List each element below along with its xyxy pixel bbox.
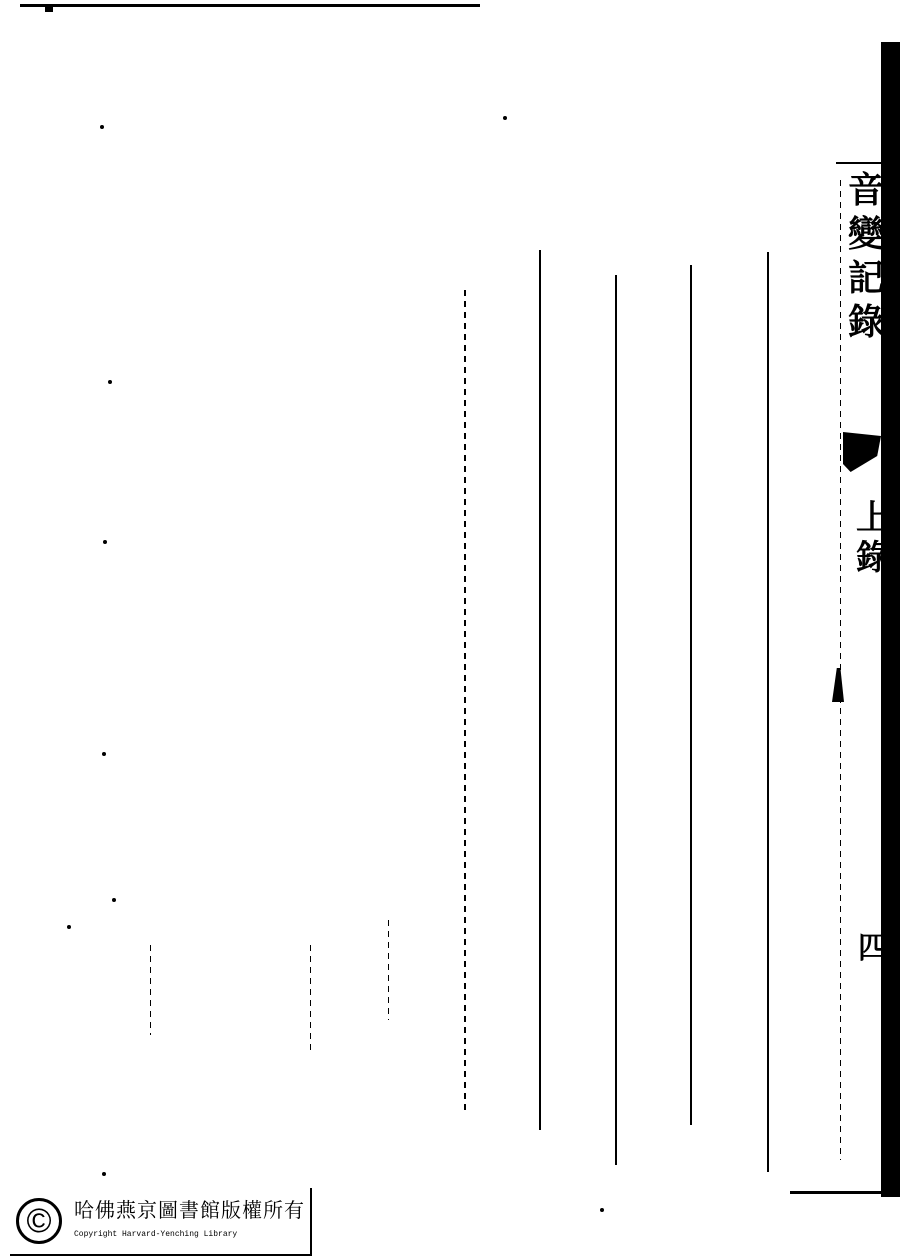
title-char: 記 (848, 256, 884, 300)
copyright-stamp: © 哈佛燕京圖書館版權所有 Copyright Harvard-Yenching… (10, 1188, 312, 1256)
fish-tail-mark-icon (843, 432, 881, 472)
book-title-column: 音 變 記 錄 (848, 168, 884, 344)
block-heart-top-rule (836, 162, 884, 164)
ink-speck (108, 380, 112, 384)
column-rule (150, 945, 151, 1035)
title-char: 音 (848, 168, 884, 212)
copyright-chinese-text: 哈佛燕京圖書館版權所有 (74, 1194, 305, 1223)
column-rule (615, 275, 617, 1165)
copyright-english-text: Copyright Harvard-Yenching Library (74, 1230, 237, 1239)
title-char: 變 (848, 212, 884, 256)
ink-speck (112, 898, 116, 902)
ink-speck (103, 540, 107, 544)
lower-fish-tail-icon (832, 668, 844, 702)
binding-edge (881, 42, 900, 1197)
top-border-edge (20, 4, 480, 7)
top-border-mark (45, 7, 53, 12)
block-heart-bottom-rule (790, 1191, 882, 1194)
ink-speck (100, 125, 104, 129)
ink-speck (503, 116, 507, 120)
ink-speck (102, 752, 106, 756)
title-char: 錄 (848, 300, 884, 344)
ink-speck (102, 1172, 106, 1176)
column-rule (388, 920, 389, 1020)
column-rule (767, 252, 769, 1172)
scanned-page: 音 變 記 錄 上 錄 四 © 哈佛燕京圖書館版權所有 Copyright Ha… (0, 0, 900, 1260)
column-rule (464, 290, 466, 1110)
copyright-icon: © (16, 1198, 62, 1244)
column-rule (539, 250, 541, 1130)
ink-speck (67, 925, 71, 929)
column-rule (690, 265, 692, 1125)
column-rule (310, 945, 311, 1055)
ink-speck (600, 1208, 604, 1212)
